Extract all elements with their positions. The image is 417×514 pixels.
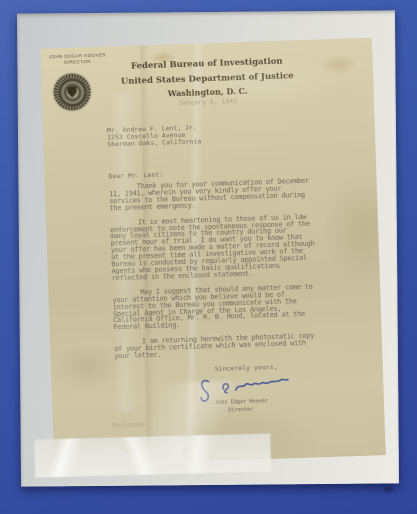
backing-board: JOHN EDGAR HOOVER DIRECTOR Federal Burea… (17, 10, 399, 486)
background-smudge (384, 487, 393, 492)
salutation: Dear Mr. Lent: (108, 171, 163, 181)
enclosure-note: Enclosure (113, 421, 146, 429)
plastic-sleeve-edge (34, 433, 271, 477)
letterhead: Federal Bureau of Investigation United S… (41, 55, 374, 112)
typed-signer-name: John Edgar Hoover (215, 398, 268, 406)
recipient-address: Mr. Andrew F. Lent, Jr. 1253 Costello Av… (107, 124, 202, 148)
recipient-city: Sherman Oaks, California (107, 138, 201, 148)
paragraph-3: May I suggest that should any matter com… (112, 283, 319, 331)
paragraph-2: It is most heartening to those of us in … (110, 213, 318, 282)
typed-signer-title: Director (228, 407, 253, 414)
photo-of-letter: JOHN EDGAR HOOVER DIRECTOR Federal Burea… (0, 0, 417, 514)
letter-body: Thank you for your communication of Dece… (109, 178, 321, 369)
paragraph-1: Thank you for your communication of Dece… (109, 178, 316, 212)
fbi-letter: JOHN EDGAR HOOVER DIRECTOR Federal Burea… (40, 38, 386, 471)
paragraph-4: I am returning herewith the photostatic … (114, 333, 321, 361)
